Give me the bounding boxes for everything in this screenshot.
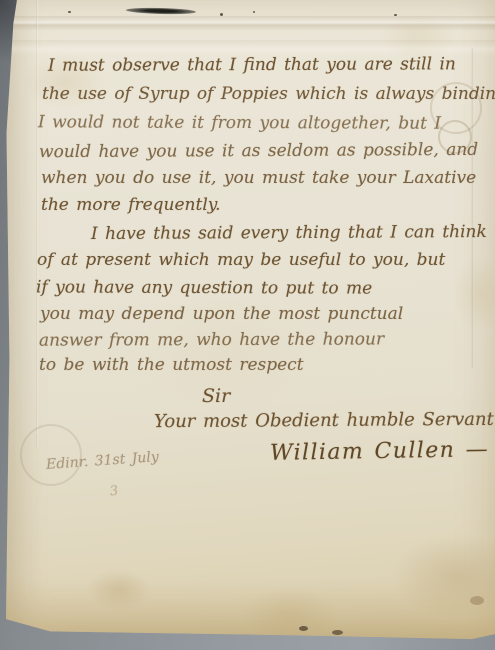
closing-salutation: Sir bbox=[202, 385, 230, 407]
photographed-letter-scene: I must observe that I find that you are … bbox=[0, 0, 495, 650]
closing-valediction: Your most Obedient humble Servant bbox=[154, 409, 494, 432]
letter-line: of at present which may be useful to you… bbox=[37, 250, 445, 270]
ink-speck bbox=[394, 14, 397, 16]
letter-line: the use of Syrup of Poppies which is alw… bbox=[42, 84, 495, 104]
horizontal-fold-crease bbox=[6, 16, 495, 31]
letter-line: if you have any question to put to me bbox=[36, 277, 372, 298]
letter-line: I would not take it from you altogether,… bbox=[38, 112, 441, 133]
letter-line: to be with the utmost respect bbox=[39, 355, 304, 375]
ink-speck bbox=[68, 11, 71, 13]
ink-smudge bbox=[126, 7, 196, 15]
letter-line: when you do use it, you must take your L… bbox=[41, 168, 476, 188]
letter-page: I must observe that I find that you are … bbox=[6, 0, 495, 641]
letter-line: the more frequently. bbox=[41, 195, 221, 215]
bottom-edge-stain bbox=[299, 626, 308, 631]
letter-line: would have you use it as seldom as possi… bbox=[39, 140, 478, 162]
bottom-corner-stain bbox=[470, 596, 484, 605]
letter-line: answer from me, who have the honour bbox=[39, 329, 384, 350]
ink-speck bbox=[253, 11, 255, 13]
faded-year-mark: 3 bbox=[109, 483, 119, 499]
letter-line: you may depend upon the most punctual bbox=[40, 304, 403, 324]
letter-line: I must observe that I find that you are … bbox=[48, 54, 456, 75]
signature: William Cullen — bbox=[270, 437, 489, 466]
bottom-edge-stain bbox=[332, 630, 343, 635]
ink-speck bbox=[220, 13, 223, 16]
letter-line: I have thus said every thing that I can … bbox=[91, 222, 487, 244]
dateline: Edinr. 31st July bbox=[46, 449, 160, 473]
vertical-crease-left bbox=[36, 0, 39, 448]
